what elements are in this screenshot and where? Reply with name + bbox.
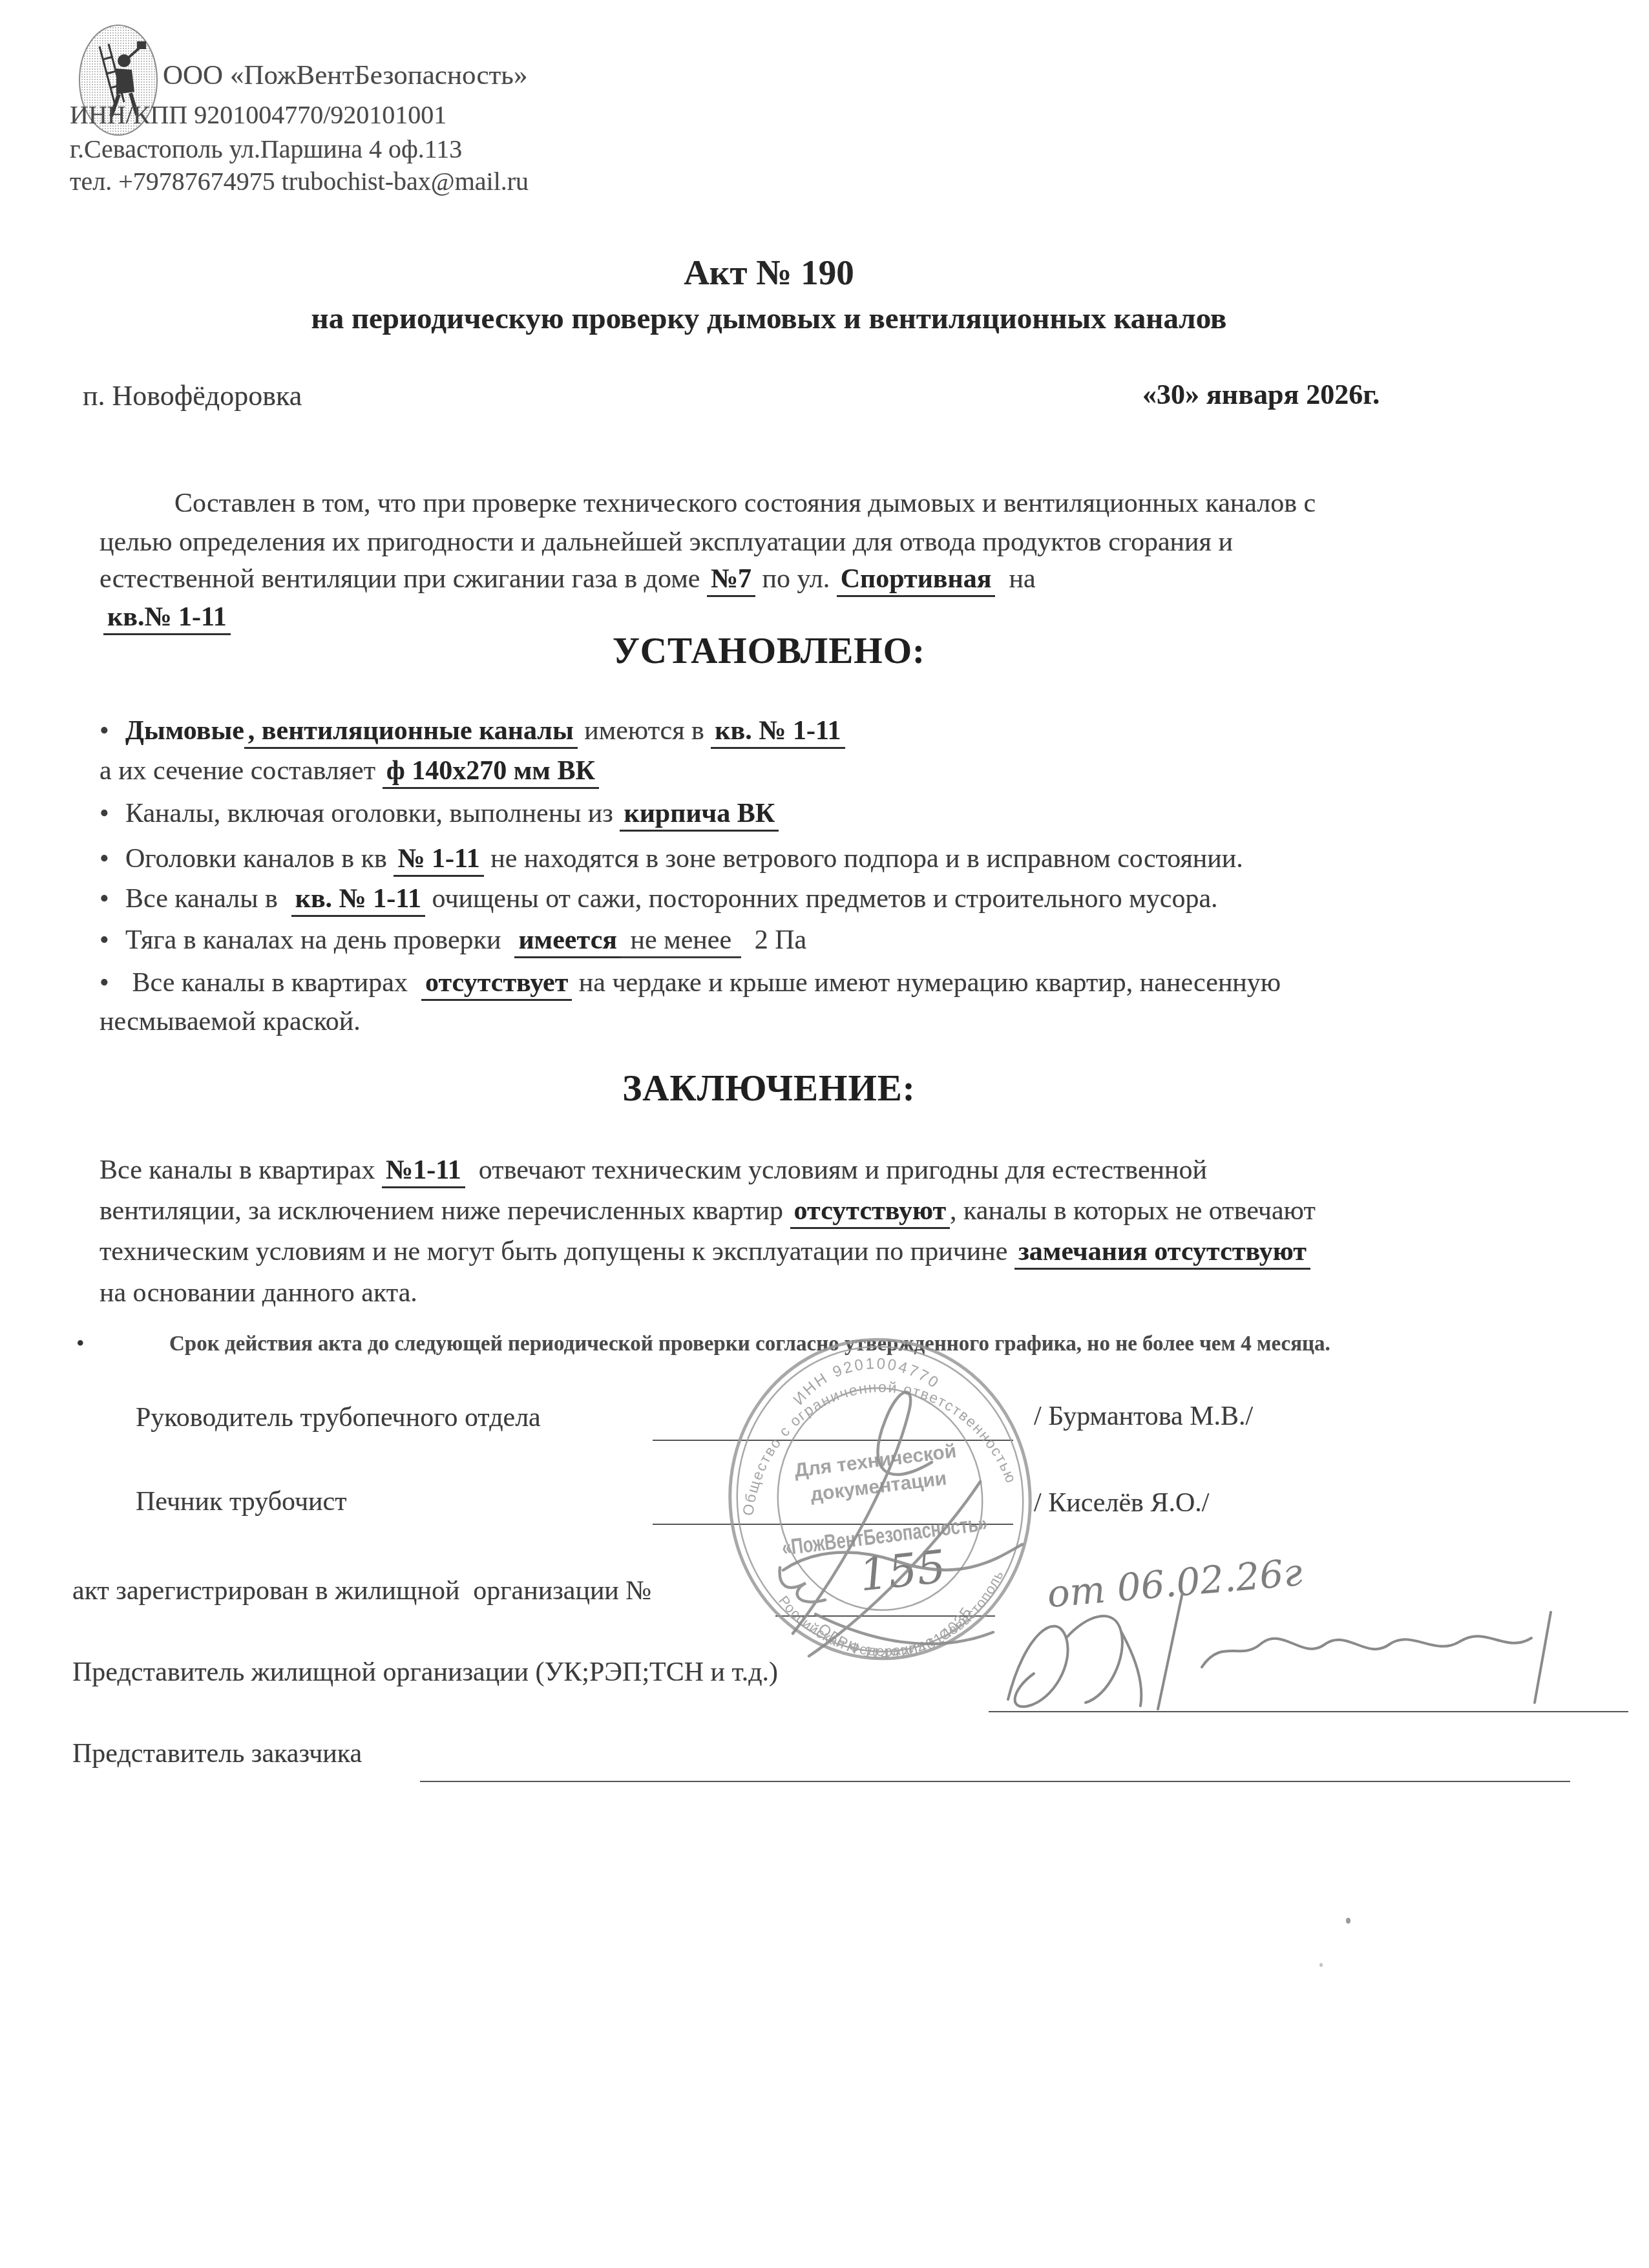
- stamp-brand-text: «ПожВентБезопасность»: [781, 1511, 989, 1560]
- act-date: «30» января 2026г.: [1142, 377, 1380, 412]
- validity-bullet: •: [76, 1330, 85, 1357]
- org-phone-email: тел. +79787674975 trubochist-bax@mail.ru: [70, 166, 529, 196]
- name-burmantova: / Бурмантова М.В./: [1034, 1400, 1253, 1434]
- registration-label: акт зарегистрирован в жилищной организац…: [72, 1574, 651, 1608]
- company-stamp: Общество с ограниченной ответственностью…: [719, 1330, 1042, 1669]
- intro-text-3b: по ул.: [755, 564, 837, 594]
- b1-apartments: кв. № 1-11: [711, 716, 845, 749]
- role-stove-sweep: Печник трубочист: [136, 1485, 347, 1519]
- org-address: г.Севастополь ул.Паршина 4 оф.113: [70, 134, 462, 164]
- role-chimney-dept-head: Руководитель трубопечного отдела: [136, 1401, 541, 1435]
- c3-remarks-value: замечания отсутствуют: [1014, 1237, 1310, 1270]
- org-name: ООО «ПожВентБезопасность»: [163, 59, 527, 91]
- scanned-act-document: ООО «ПожВентБезопасность» ИНН/КПП 920100…: [0, 0, 1649, 2268]
- established-heading: УСТАНОВЛЕНО:: [0, 630, 1538, 672]
- b6-cont: несмываемой краской.: [100, 1007, 361, 1036]
- scan-speck: [1319, 1963, 1323, 1967]
- house-number: №7: [707, 564, 755, 597]
- scan-speck: [1346, 1918, 1350, 1924]
- rep-housing-label: Представитель жилищной организации (УК;Р…: [72, 1655, 778, 1690]
- b6-post: на чердаке и крыше имеют нумерацию кварт…: [572, 968, 1281, 998]
- street-name: Спортивная: [837, 564, 996, 597]
- conclusion-line-4: на основании данного акта.: [72, 1242, 417, 1344]
- numbering-absent-value: отсутствует: [421, 968, 572, 1001]
- name-kiselev: / Киселёв Я.О./: [1034, 1486, 1209, 1520]
- c4-text: на основании данного акта.: [100, 1278, 417, 1308]
- conclusion-heading: ЗАКЛЮЧЕНИЕ:: [0, 1067, 1538, 1109]
- place: п. Новофёдоровка: [83, 378, 302, 414]
- rep-client-line: [420, 1781, 1570, 1782]
- bullet-numbering-cont: несмываемой краской.: [72, 971, 361, 1073]
- act-subtitle: на периодическую проверку дымовых и вент…: [0, 301, 1538, 336]
- rep-client-label: Представитель заказчика: [72, 1737, 362, 1771]
- act-title: Акт № 190: [0, 252, 1538, 293]
- intro-text-3c: на: [995, 564, 1035, 594]
- handwritten-signature-housing: [989, 1577, 1635, 1725]
- inn-kpp: ИНН/КПП 9201004770/920101001: [70, 100, 446, 130]
